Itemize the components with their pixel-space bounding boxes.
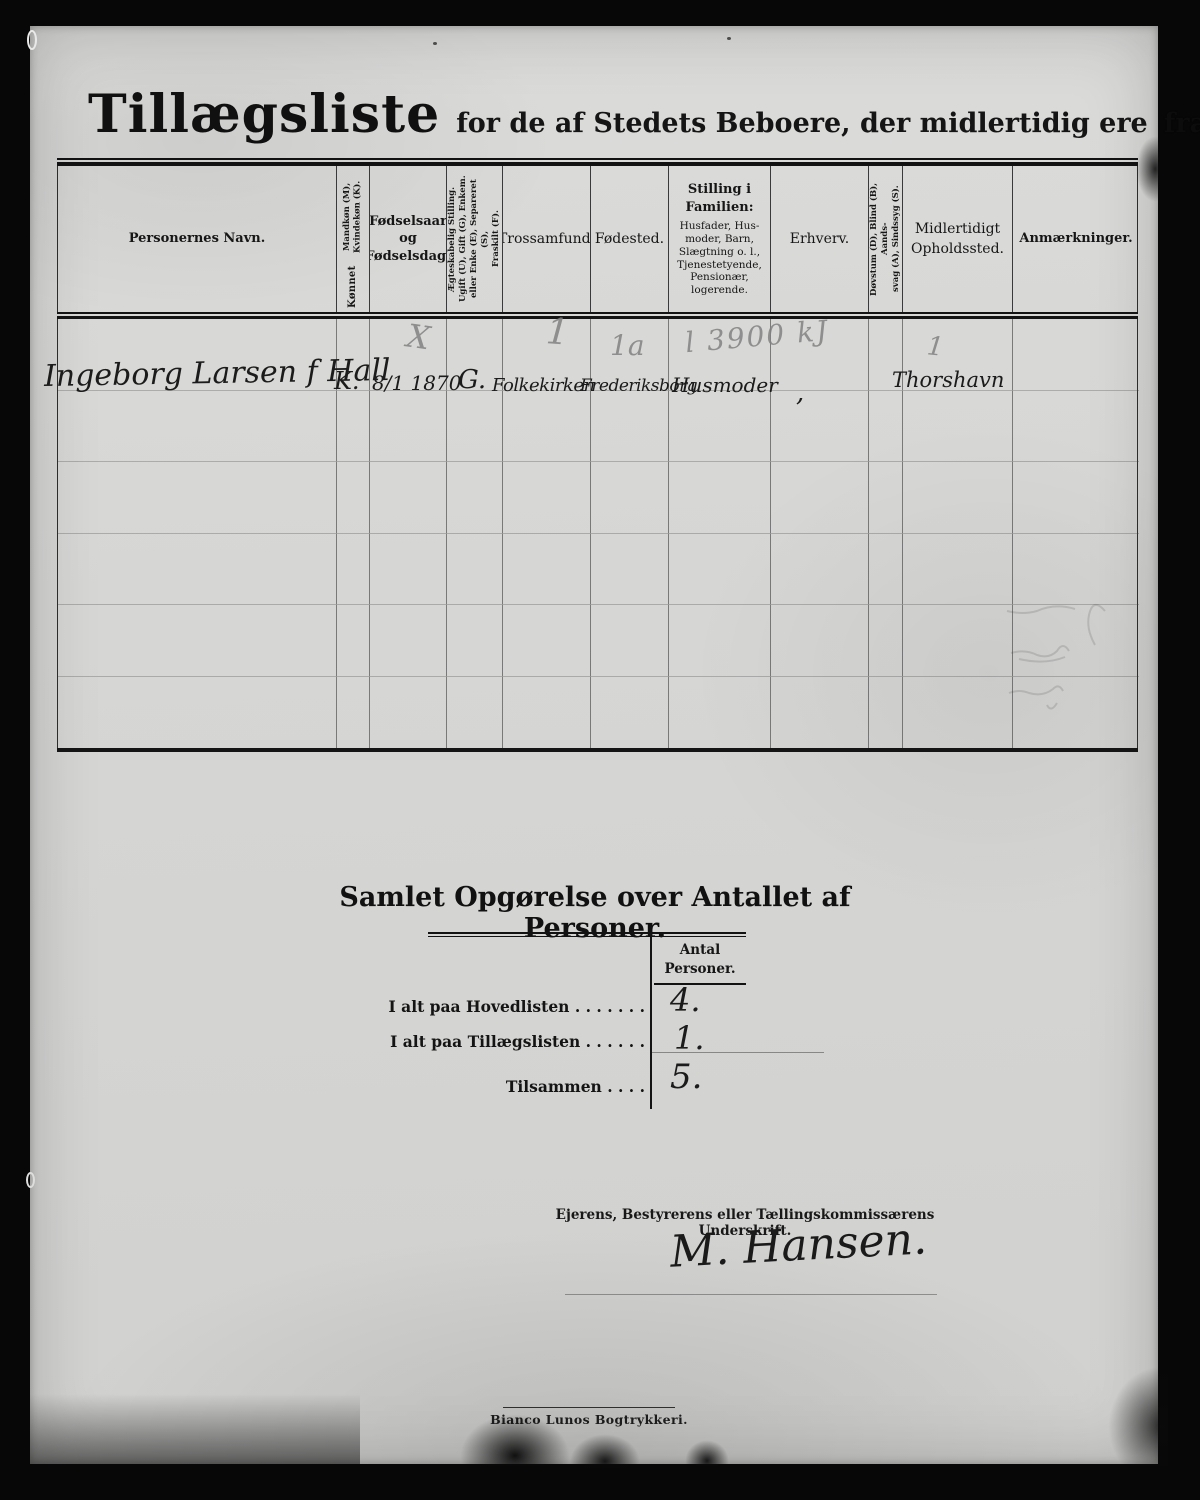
table-body-cell bbox=[869, 605, 903, 677]
pencil-mark-over-birthplace: 1a bbox=[610, 329, 645, 362]
table-body-cell bbox=[447, 534, 503, 606]
summary-row-tilsammen-label: Tilsammen . . . . bbox=[370, 1077, 645, 1096]
summary-row-hovedlisten-label: I alt paa Hovedlisten . . . . . . . bbox=[370, 997, 645, 1016]
table-header-row: Personernes Navn. Kønnet Mandkøn (M), Kv… bbox=[57, 166, 1138, 312]
header-residence: Midlertidigt Opholdssted. bbox=[903, 166, 1013, 312]
header-birthplace: Fødested. bbox=[591, 166, 669, 312]
header-remarks: Anmærkninger. bbox=[1013, 166, 1139, 312]
table-body-cell bbox=[771, 677, 869, 749]
table-body-cell bbox=[370, 391, 447, 463]
page-title-rest: for de af Stedets Beboere, der midlertid… bbox=[456, 108, 1148, 139]
table-body-cell bbox=[669, 534, 771, 606]
header-disability-label: Døvstum (D), Blind (B), Aands- svag (A),… bbox=[869, 170, 902, 308]
table-body-cell bbox=[447, 677, 503, 749]
header-marital-label: Ægteskabelig Stilling. Ugift (U), Gift (… bbox=[447, 170, 502, 308]
row1-family-handwriting: Husmoder bbox=[672, 373, 778, 397]
summary-row-tillaegslisten-label: I alt paa Tillægslisten . . . . . . bbox=[370, 1032, 645, 1051]
table-body-cell bbox=[771, 534, 869, 606]
pencil-mark-over-residence: 1 bbox=[925, 331, 945, 363]
page-title-emphasis: fraværende. bbox=[1164, 108, 1200, 139]
table-body-cell bbox=[58, 677, 337, 749]
header-religion: Trossamfund. bbox=[503, 166, 591, 312]
page-title: Tillægsliste for de af Stedets Beboere, … bbox=[88, 84, 1200, 145]
table-body-cell bbox=[447, 462, 503, 534]
table-body-cell bbox=[1013, 462, 1139, 534]
row1-birth-handwriting: 8/1 1870 bbox=[372, 371, 461, 395]
table-body-cell bbox=[669, 462, 771, 534]
header-sex: Kønnet Mandkøn (M), Kvindekøn (K). bbox=[337, 166, 370, 312]
header-family-sub: Husfader, Hus- moder, Barn, Slægtning o.… bbox=[677, 220, 762, 297]
header-residence-label: Midlertidigt Opholdssted. bbox=[911, 219, 1004, 260]
table-body-cell bbox=[337, 391, 370, 463]
table-body-cell bbox=[503, 391, 591, 463]
torn-edge-right bbox=[1136, 136, 1160, 202]
bottom-left-shadow bbox=[30, 1394, 360, 1464]
row1-residence-handwriting: Thorshavn bbox=[892, 368, 1004, 392]
table-body-cell bbox=[591, 534, 669, 606]
table-body-cell bbox=[869, 677, 903, 749]
printer-rule bbox=[503, 1407, 675, 1408]
scan-edge-notch-top-left bbox=[27, 30, 37, 50]
page-title-main: Tillægsliste bbox=[88, 84, 440, 145]
header-birth-label: Fødselsaar og Fødselsdag. bbox=[370, 213, 447, 266]
table-body-cell bbox=[903, 462, 1013, 534]
table-body-cell bbox=[669, 605, 771, 677]
table-body-cell bbox=[503, 677, 591, 749]
table-body-cell bbox=[503, 462, 591, 534]
summary-faint-rule bbox=[652, 1052, 824, 1053]
bottom-smudge bbox=[570, 1434, 640, 1468]
scanned-census-page: Tillægsliste for de af Stedets Beboere, … bbox=[30, 26, 1158, 1464]
dust-speck bbox=[727, 37, 731, 40]
table-body-cell bbox=[903, 391, 1013, 463]
bottom-smudge bbox=[685, 1440, 729, 1466]
table-body-cell bbox=[771, 391, 869, 463]
summary-value-tilsammen: 5. bbox=[670, 1057, 702, 1097]
header-religion-label: Trossamfund. bbox=[503, 229, 591, 249]
table-body-cell bbox=[447, 605, 503, 677]
header-sex-main: Kønnet bbox=[348, 265, 359, 308]
bottom-right-shadow bbox=[1108, 1366, 1168, 1466]
summary-col-header: Antal Personer. bbox=[652, 941, 748, 979]
table-body-cell bbox=[669, 391, 771, 463]
row1-sex-handwriting: K. bbox=[334, 367, 360, 395]
header-bottom-rule bbox=[57, 312, 1138, 319]
table-body-cell bbox=[337, 462, 370, 534]
header-birth: Fødselsaar og Fødselsdag. bbox=[370, 166, 447, 312]
header-family: Stilling i Familien: Husfader, Hus- mode… bbox=[669, 166, 771, 312]
printer-imprint: Bianco Lunos Bogtrykkeri. bbox=[473, 1412, 705, 1427]
header-name-label: Personernes Navn. bbox=[129, 230, 266, 248]
table-body-cell bbox=[58, 534, 337, 606]
table-body-cell bbox=[58, 605, 337, 677]
header-birthplace-label: Fødested. bbox=[595, 229, 664, 249]
header-sex-sub: Mandkøn (M), Kvindekøn (K). bbox=[342, 170, 363, 263]
table-body-cell bbox=[591, 391, 669, 463]
table-body-cell bbox=[591, 677, 669, 749]
table-body-cell bbox=[1013, 319, 1139, 391]
summary-value-hovedlisten: 4. bbox=[670, 981, 701, 1019]
header-disability: Døvstum (D), Blind (B), Aands- svag (A),… bbox=[869, 166, 903, 312]
table-body-cell bbox=[503, 534, 591, 606]
row1-marital-handwriting: G. bbox=[458, 365, 486, 395]
table-body-cell bbox=[669, 677, 771, 749]
table-body-cell bbox=[337, 605, 370, 677]
table-body-cell bbox=[591, 605, 669, 677]
table-body-cell bbox=[1013, 391, 1139, 463]
table-body-cell bbox=[869, 462, 903, 534]
header-name: Personernes Navn. bbox=[58, 166, 337, 312]
table-body-cell bbox=[58, 391, 337, 463]
table-body-cell bbox=[337, 677, 370, 749]
dust-speck bbox=[433, 42, 437, 45]
table-body-cell bbox=[58, 462, 337, 534]
table-body-cell bbox=[370, 534, 447, 606]
header-marital: Ægteskabelig Stilling. Ugift (U), Gift (… bbox=[447, 166, 503, 312]
table-body-cell bbox=[503, 605, 591, 677]
table-body-cell bbox=[370, 605, 447, 677]
table-body-cell bbox=[771, 462, 869, 534]
bleedthrough-marks bbox=[935, 591, 1115, 721]
table-body-cell bbox=[869, 534, 903, 606]
scan-edge-notch-left bbox=[26, 1172, 35, 1188]
table-body-cell bbox=[370, 677, 447, 749]
header-family-main: Stilling i Familien: bbox=[685, 181, 753, 216]
header-occupation-label: Erhverv. bbox=[790, 229, 850, 249]
table-body-cell bbox=[771, 605, 869, 677]
signature-rule bbox=[565, 1294, 937, 1295]
table-bottom-rule bbox=[57, 748, 1138, 752]
header-remarks-label: Anmærkninger. bbox=[1019, 230, 1132, 248]
table-body-cell bbox=[869, 391, 903, 463]
table-body-cell bbox=[337, 534, 370, 606]
table-body-cell bbox=[591, 462, 669, 534]
header-sex-vertical: Kønnet Mandkøn (M), Kvindekøn (K). bbox=[342, 170, 363, 308]
pencil-mark-over-religion: 1 bbox=[545, 311, 571, 353]
table-top-rule bbox=[57, 158, 1138, 166]
row1-occupation-mark-handwriting: , bbox=[796, 378, 804, 408]
summary-top-rule bbox=[428, 932, 746, 937]
table-body-cell bbox=[447, 391, 503, 463]
table-body-cell bbox=[370, 462, 447, 534]
header-occupation: Erhverv. bbox=[771, 166, 869, 312]
